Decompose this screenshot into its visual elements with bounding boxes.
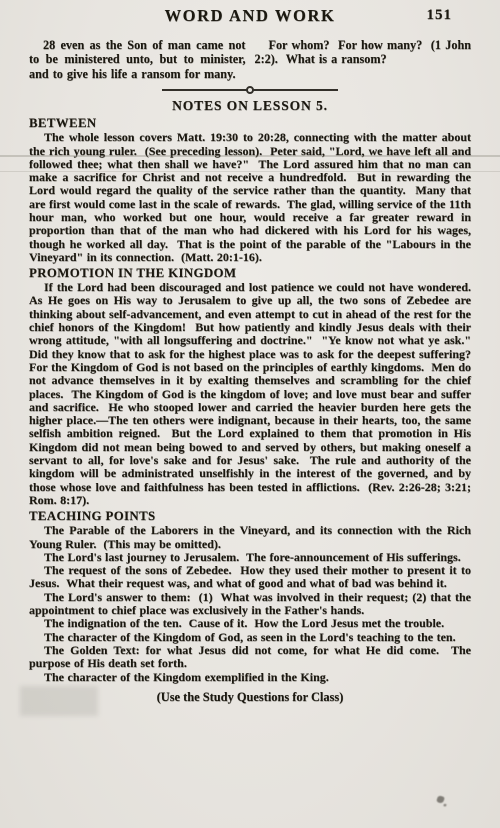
teaching-point: The request of the sons of Zebedee. How … — [29, 564, 471, 591]
teaching-point: The Golden Text: for what Jesus did not … — [29, 644, 471, 671]
teaching-point: The character of the Kingdom of God, as … — [29, 631, 471, 644]
section-between: BETWEEN The whole lesson covers Matt. 19… — [29, 116, 471, 264]
scan-artifact — [436, 795, 445, 804]
lesson-notes-title: NOTES ON LESSON 5. — [29, 98, 471, 114]
paragraph-between: The whole lesson covers Matt. 19:30 to 2… — [29, 131, 471, 264]
page-number: 151 — [427, 7, 453, 24]
section-heading-between: BETWEEN — [29, 116, 471, 131]
journal-title: WORD AND WORK — [165, 6, 336, 25]
verse-right-column: For whom? For how many? (1 John 2:2). Wh… — [255, 38, 472, 81]
teaching-point: The Lord's answer to them: (1) What was … — [29, 591, 471, 618]
section-promotion-in-the-kingdom: PROMOTION IN THE KINGDOM If the Lord had… — [29, 266, 471, 507]
paragraph-promotion: If the Lord had been discouraged and los… — [29, 281, 471, 507]
scanned-document-page: WORD AND WORK 151 28 even as the Son of … — [0, 0, 500, 828]
footer-note: (Use the Study Questions for Class) — [29, 690, 471, 705]
section-teaching-points: TEACHING POINTS The Parable of the Labor… — [29, 509, 471, 684]
teaching-point: The indignation of the ten. Cause of it.… — [29, 617, 471, 630]
section-heading-teaching-points: TEACHING POINTS — [29, 509, 471, 524]
teaching-point: The Parable of the Laborers in the Viney… — [29, 524, 471, 551]
page-header: WORD AND WORK 151 — [29, 0, 471, 28]
section-heading-promotion: PROMOTION IN THE KINGDOM — [29, 266, 471, 281]
divider-ornament-icon — [246, 86, 254, 94]
teaching-point: The character of the Kingdom exemplified… — [29, 671, 471, 684]
verse-left-column: 28 even as the Son of man came not to be… — [29, 38, 246, 81]
section-divider — [162, 89, 338, 91]
teaching-point: The Lord's last journey to Jerusalem. Th… — [29, 551, 471, 564]
verse-columns: 28 even as the Son of man came not to be… — [29, 38, 471, 81]
